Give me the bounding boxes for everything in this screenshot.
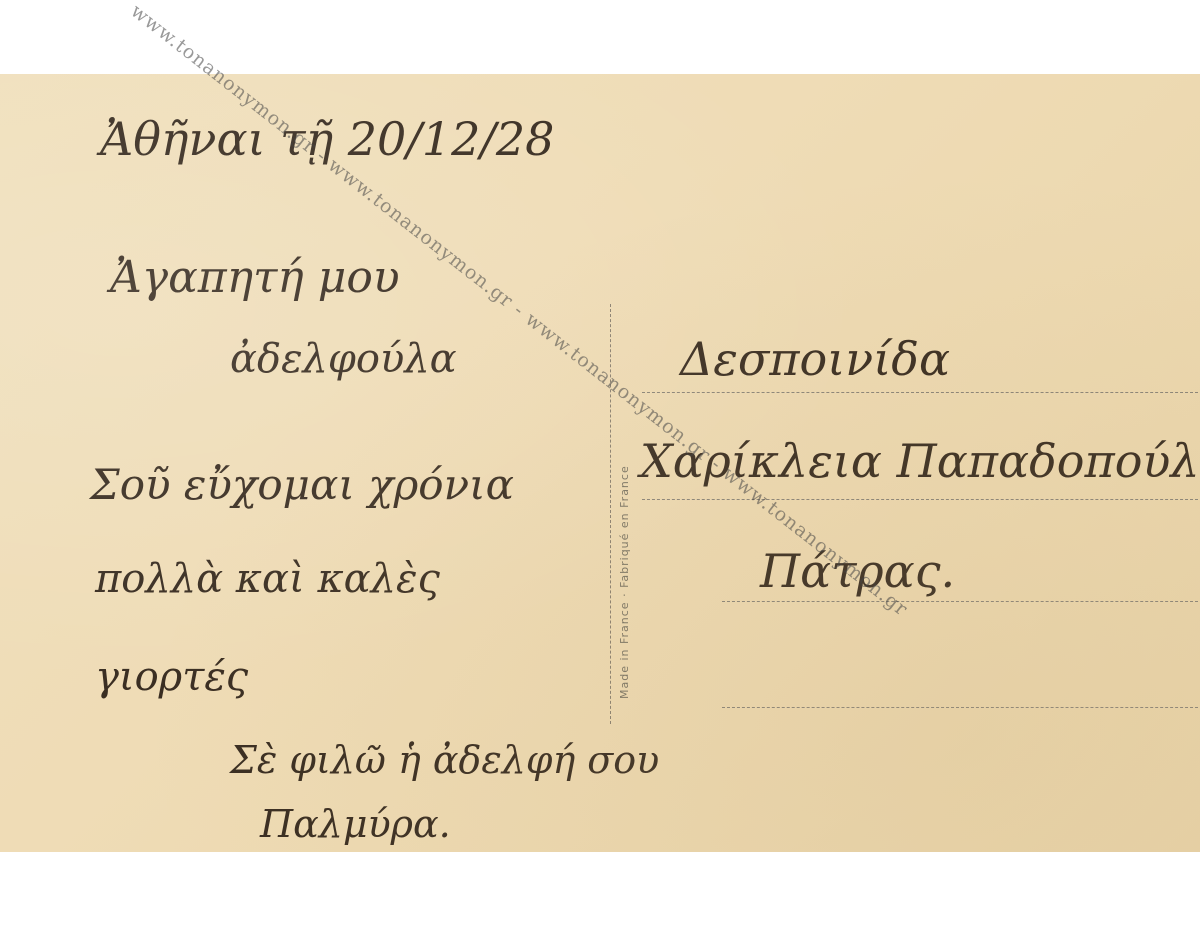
handwritten-line-1: Σοῦ εὔχομαι χρόνια [90,460,514,509]
handwritten-signature: Παλμύρα. [260,802,451,846]
handwritten-closing: Σὲ φιλῶ ἡ ἀδελφή σου [230,738,659,782]
address-title: Δεσποινίδα [680,332,950,386]
handwritten-line-3: γιορτές [95,654,248,700]
address-rule-2 [642,499,1198,500]
printed-made-in-france: Made in France · Fabriqué en France [618,465,631,699]
handwritten-salutation: Ἀγαπητή μου [110,252,400,303]
address-rule-3 [722,601,1198,602]
postcard-back: Made in France · Fabriqué en France Ἀθῆν… [0,74,1200,852]
handwritten-line-2: πολλὰ καὶ καλὲς [95,556,440,602]
address-rule-4 [722,707,1198,708]
address-rule-1 [642,392,1198,393]
handwritten-salutation-2: ἀδελφούλα [230,336,457,382]
